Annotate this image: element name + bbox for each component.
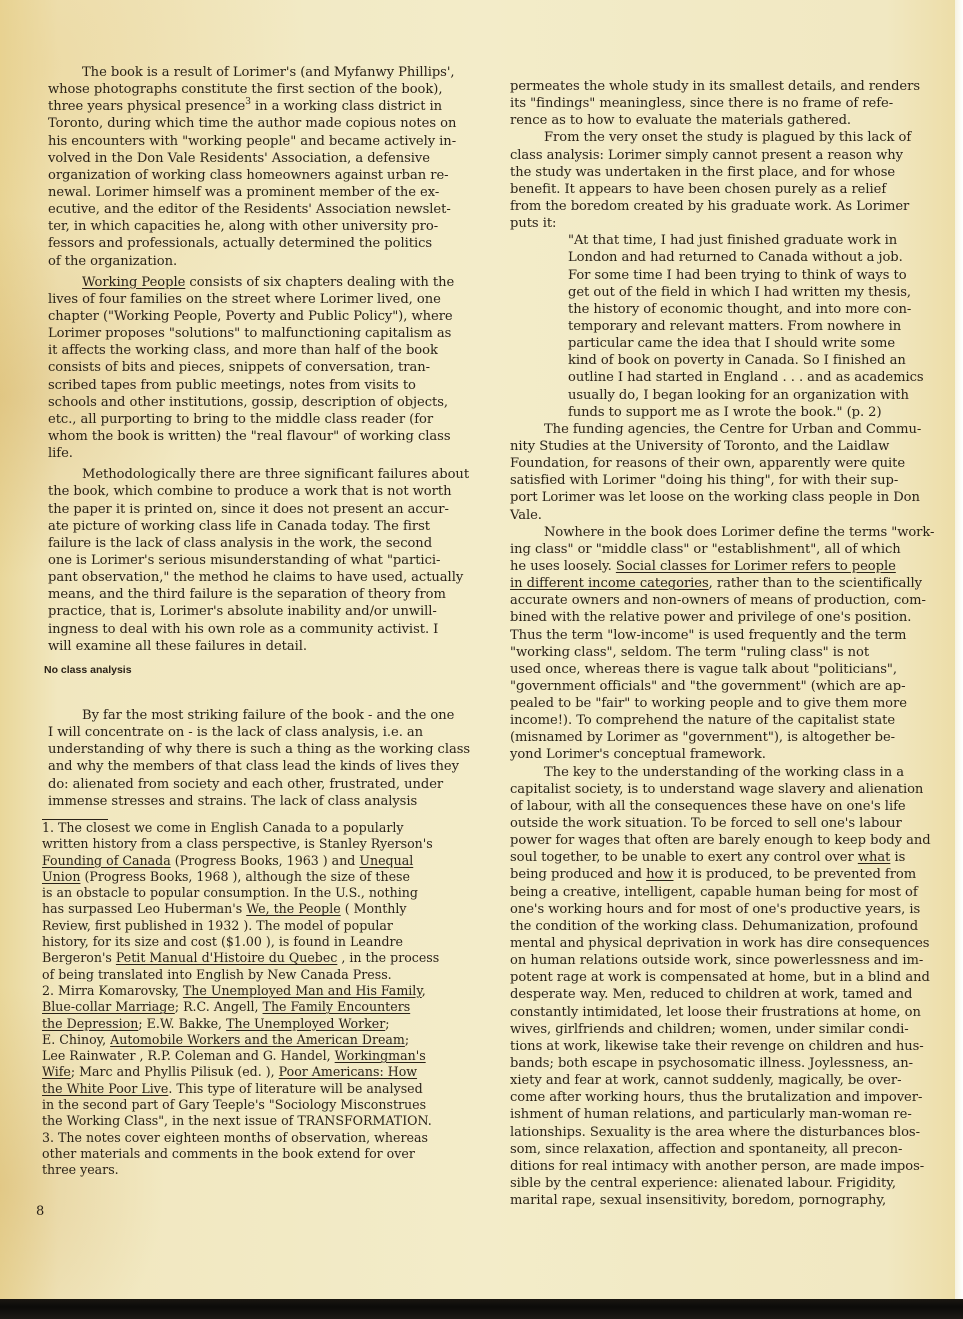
working-people-paragraph: Working People consists of six chapters …	[48, 274, 478, 463]
text-line: potent rage at work is compensated at ho…	[510, 969, 948, 986]
text-line: Nowhere in the book does Lorimer define …	[510, 524, 948, 541]
text-run: From the very onset the study is plagued…	[544, 130, 911, 145]
text-run: power for wages that often are barely en…	[510, 833, 931, 848]
text-line: other materials and comments in the book…	[42, 1146, 482, 1162]
text-line: 1. The closest we come in English Canada…	[42, 820, 482, 836]
text-run: kind of book on poverty in Canada. So I …	[568, 353, 906, 368]
text-line: rence as to how to evaluate the material…	[510, 112, 948, 129]
right-column-lines: permeates the whole study in its smalles…	[510, 78, 948, 1209]
text-line: desperate way. Men, reduced to children …	[510, 986, 948, 1003]
text-run: on human relations outside work, since p…	[510, 953, 923, 968]
text-line: outside the work situation. To be forced…	[510, 815, 948, 832]
text-line: satisfied with Lorimer "doing his thing"…	[510, 472, 948, 489]
text-line: usually do, I began looking for an organ…	[510, 387, 948, 404]
text-run: etc., all purporting to bring to the mid…	[48, 412, 433, 427]
text-line: particular came the idea that I should w…	[510, 335, 948, 352]
underlined-title: Founding of Canada	[42, 853, 171, 868]
text-run: . This type of literature will be analys…	[168, 1081, 422, 1096]
text-run: Nowhere in the book does Lorimer define …	[544, 525, 934, 540]
text-line: being produced and how it is produced, t…	[510, 866, 948, 883]
text-run: 1. The closest we come in English Canada…	[42, 820, 404, 835]
text-line: its "findings" meaningless, since there …	[510, 95, 948, 112]
text-run: (Progress Books, 1963 ) and	[171, 853, 360, 868]
underlined-title: in different income categories	[510, 576, 709, 591]
text-run: bined with the relative power and privil…	[510, 610, 911, 625]
underlined-title: Unequal	[359, 853, 413, 868]
underlined-title: Blue-collar Marriage	[42, 999, 175, 1014]
text-run: the condition of the working class. Dehu…	[510, 919, 918, 934]
page-edge	[955, 0, 963, 1300]
text-run: life.	[48, 446, 73, 461]
text-line: has surpassed Leo Huberman's We, the Peo…	[42, 901, 482, 917]
text-run: soul together, to be unable to exert any…	[510, 850, 858, 865]
text-run: ishment of human relations, and particul…	[510, 1107, 912, 1122]
text-line: organization of working class homeowners…	[48, 167, 478, 184]
text-line: consists of bits and pieces, snippets of…	[48, 359, 478, 376]
text-run: potent rage at work is compensated at ho…	[510, 970, 930, 985]
text-run: consists of bits and pieces, snippets of…	[48, 360, 430, 375]
text-line: outline I had started in England . . . a…	[510, 369, 948, 386]
underlined-title: Petit Manual d'Histoire du Quebec	[116, 950, 337, 965]
text-line: By far the most striking failure of the …	[48, 707, 478, 724]
text-line: Foundation, for reasons of their own, ap…	[510, 455, 948, 472]
text-run: the Working Class", in the next issue of…	[42, 1113, 432, 1128]
text-run: (Progress Books, 1968 ), although the si…	[80, 869, 410, 884]
text-run: nity Studies at the University of Toront…	[510, 439, 889, 454]
text-line: Wife; Marc and Phyllis Pilisuk (ed. ), P…	[42, 1064, 482, 1080]
text-line: fessors and professionals, actually dete…	[48, 235, 478, 252]
text-line: ecutive, and the editor of the Residents…	[48, 201, 478, 218]
text-line: I will concentrate on - is the lack of c…	[48, 724, 478, 741]
text-line: on human relations outside work, since p…	[510, 952, 948, 969]
text-run: it is produced, to be prevented from	[673, 867, 916, 882]
text-line: one's working hours and for most of one'…	[510, 901, 948, 918]
text-run: in the second part of Gary Teeple's "Soc…	[42, 1097, 426, 1112]
text-line: nity Studies at the University of Toront…	[510, 438, 948, 455]
underlined-title: Social classes for Lorimer refers to peo…	[616, 559, 896, 574]
text-run: the study was undertaken in the first pl…	[510, 165, 895, 180]
text-run: benefit. It appears to have been chosen …	[510, 182, 886, 197]
text-run: bands; both escape in psychosomatic illn…	[510, 1056, 913, 1071]
underlined-title: Union	[42, 869, 80, 884]
text-line: pealed to be "fair" to working people an…	[510, 695, 948, 712]
underlined-title: Workingman's	[335, 1048, 426, 1063]
text-run: has surpassed Leo Huberman's	[42, 901, 246, 916]
text-run: wives, girlfriends and children; women, …	[510, 1022, 909, 1037]
underlined-title: the Depression	[42, 1016, 138, 1031]
underlined-title: The Unemployed Man and His Family	[183, 983, 422, 998]
text-line: whom the book is written) the "real flav…	[48, 428, 478, 445]
text-run: mental and physical deprivation in work …	[510, 936, 929, 951]
text-line: ishment of human relations, and particul…	[510, 1106, 948, 1123]
underlined-title: The Unemployed Worker	[226, 1016, 385, 1031]
text-run: of labour, with all the consequences the…	[510, 799, 906, 814]
text-line: means, and the third failure is the sepa…	[48, 586, 478, 603]
text-run: satisfied with Lorimer "doing his thing"…	[510, 473, 898, 488]
text-line: bands; both escape in psychosomatic illn…	[510, 1055, 948, 1072]
text-run: ; E.W. Bakke,	[138, 1016, 226, 1031]
text-line: the history of economic thought, and int…	[510, 301, 948, 318]
text-line: yond Lorimer's conceptual framework.	[510, 746, 948, 763]
text-run: 3. The notes cover eighteen months of ob…	[42, 1130, 428, 1145]
text-run: pant observation," the method he claims …	[48, 570, 463, 585]
text-run: Lorimer proposes "solutions" to malfunct…	[48, 326, 451, 341]
text-run: By far the most striking failure of the …	[82, 708, 454, 723]
text-line: Methodologically there are three signifi…	[48, 466, 478, 483]
text-run: written history from a class perspective…	[42, 836, 433, 851]
text-run: xiety and fear at work, cannot suddenly,…	[510, 1073, 901, 1088]
underlined-title: Working People	[82, 275, 185, 290]
text-line: volved in the Don Vale Residents' Associ…	[48, 150, 478, 167]
text-line: written history from a class perspective…	[42, 836, 482, 852]
text-run: will examine all these failures in detai…	[48, 639, 307, 654]
text-run: ter, in which capacities he, along with …	[48, 219, 438, 234]
text-line: Vale.	[510, 507, 948, 524]
text-run: in a working class district in	[251, 99, 442, 114]
text-line: Blue-collar Marriage; R.C. Angell, The F…	[42, 999, 482, 1015]
text-line: ing class" or "middle class" or "establi…	[510, 541, 948, 558]
right-column: permeates the whole study in its smalles…	[510, 78, 948, 1209]
text-run: accurate owners and non-owners of means …	[510, 593, 926, 608]
text-line: in different income categories, rather t…	[510, 575, 948, 592]
footnote-lines: 1. The closest we come in English Canada…	[42, 820, 482, 1179]
text-run: outline I had started in England . . . a…	[568, 370, 924, 385]
text-run: port Lorimer was let loose on the workin…	[510, 490, 920, 505]
text-run: income!). To comprehend the nature of th…	[510, 713, 895, 728]
underlined-title: Wife	[42, 1064, 71, 1079]
text-run: yond Lorimer's conceptual framework.	[510, 747, 766, 762]
text-line: kind of book on poverty in Canada. So I …	[510, 352, 948, 369]
text-line: the study was undertaken in the first pl…	[510, 164, 948, 181]
text-run: consists of six chapters dealing with th…	[185, 275, 454, 290]
underlined-title: how	[646, 867, 673, 882]
text-line: Bergeron's Petit Manual d'Histoire du Qu…	[42, 950, 482, 966]
text-line: history, for its size and cost ($1.00 ),…	[42, 934, 482, 950]
text-run: of the organization.	[48, 254, 177, 269]
text-line: 3. The notes cover eighteen months of ob…	[42, 1130, 482, 1146]
text-run: funds to support me as I wrote the book.…	[568, 405, 882, 420]
text-run: scribed tapes from public meetings, note…	[48, 378, 416, 393]
text-line: from the boredom created by his graduate…	[510, 198, 948, 215]
text-run: ingness to deal with his own role as a c…	[48, 622, 438, 637]
text-run: particular came the idea that I should w…	[568, 336, 895, 351]
text-line: port Lorimer was let loose on the workin…	[510, 489, 948, 506]
text-run: Foundation, for reasons of their own, ap…	[510, 456, 905, 471]
text-line: For some time I had been trying to think…	[510, 267, 948, 284]
text-run: "working class", seldom. The term "rulin…	[510, 645, 869, 660]
text-line: sible by the central experience: alienat…	[510, 1175, 948, 1192]
text-run: sible by the central experience: alienat…	[510, 1176, 896, 1191]
text-line: temporary and relevant matters. From now…	[510, 318, 948, 335]
text-line: understanding of why there is such a thi…	[48, 741, 478, 758]
text-run: volved in the Don Vale Residents' Associ…	[48, 151, 430, 166]
text-run: "government officials" and "the governme…	[510, 679, 905, 694]
text-run: the history of economic thought, and int…	[568, 302, 911, 317]
text-line: scribed tapes from public meetings, note…	[48, 377, 478, 394]
text-line: he uses loosely. Social classes for Lori…	[510, 558, 948, 575]
text-line: "working class", seldom. The term "rulin…	[510, 644, 948, 661]
text-run: his encounters with "working people" and…	[48, 134, 456, 149]
text-run: ,	[422, 983, 426, 998]
underlined-title: Automobile Workers and the American Drea…	[110, 1032, 405, 1047]
text-line: soul together, to be unable to exert any…	[510, 849, 948, 866]
text-line: 2. Mirra Komarovsky, The Unemployed Man …	[42, 983, 482, 999]
text-run: the book, which combine to produce a wor…	[48, 484, 451, 499]
text-run: capitalist society, is to understand wag…	[510, 782, 923, 797]
text-line: income!). To comprehend the nature of th…	[510, 712, 948, 729]
text-line: pant observation," the method he claims …	[48, 569, 478, 586]
text-line: life.	[48, 445, 478, 462]
text-line: accurate owners and non-owners of means …	[510, 592, 948, 609]
text-line: "At that time, I had just finished gradu…	[510, 232, 948, 249]
text-run: London and had returned to Canada withou…	[568, 250, 903, 265]
underlined-title: the White Poor Live	[42, 1081, 168, 1096]
text-run: ing class" or "middle class" or "establi…	[510, 542, 901, 557]
text-run: fessors and professionals, actually dete…	[48, 236, 432, 251]
text-run: permeates the whole study in its smalles…	[510, 79, 920, 94]
text-run: means, and the third failure is the sepa…	[48, 587, 446, 602]
text-line: tions at work, likewise take their reven…	[510, 1038, 948, 1055]
text-run: marital rape, sexual insensitivity, bore…	[510, 1193, 886, 1208]
text-line: do: alienated from society and each othe…	[48, 776, 478, 793]
text-run: Toronto, during which time the author ma…	[48, 116, 456, 131]
text-line: come after working hours, thus the bruta…	[510, 1089, 948, 1106]
text-line: bined with the relative power and privil…	[510, 609, 948, 626]
text-run: ditions for real intimacy with another p…	[510, 1159, 924, 1174]
text-line: benefit. It appears to have been chosen …	[510, 181, 948, 198]
text-run: do: alienated from society and each othe…	[48, 777, 443, 792]
text-line: ate picture of working class life in Can…	[48, 518, 478, 535]
text-run: puts it:	[510, 216, 556, 231]
text-line: lives of four families on the street whe…	[48, 291, 478, 308]
text-run: and why the members of that class lead t…	[48, 759, 459, 774]
text-line: xiety and fear at work, cannot suddenly,…	[510, 1072, 948, 1089]
text-run: tions at work, likewise take their reven…	[510, 1039, 924, 1054]
text-line: immense stresses and strains. The lack o…	[48, 793, 478, 810]
text-run: ( Monthly	[341, 901, 407, 916]
text-line: in the second part of Gary Teeple's "Soc…	[42, 1097, 482, 1113]
text-run: Vale.	[510, 508, 542, 523]
text-run: usually do, I began looking for an organ…	[568, 388, 909, 403]
text-run: ; Marc and Phyllis Pilisuk (ed. ),	[71, 1064, 279, 1079]
underlined-title: Poor Americans: How	[279, 1064, 417, 1079]
text-run: is	[890, 850, 905, 865]
text-line: of labour, with all the consequences the…	[510, 798, 948, 815]
underlined-title: The Family Encounters	[263, 999, 411, 1014]
text-run: 2. Mirra Komarovsky,	[42, 983, 183, 998]
text-run: Review, first published in 1932 ). The m…	[42, 918, 393, 933]
text-run: pealed to be "fair" to working people an…	[510, 696, 907, 711]
text-line: get out of the field in which I had writ…	[510, 284, 948, 301]
text-run: get out of the field in which I had writ…	[568, 285, 911, 300]
underlined-title: We, the People	[246, 901, 341, 916]
text-run: failure is the lack of class analysis in…	[48, 536, 432, 551]
text-run: one's working hours and for most of one'…	[510, 902, 920, 917]
text-run: , in the process	[337, 950, 439, 965]
text-run: it affects the working class, and more t…	[48, 343, 438, 358]
text-run: E. Chinoy,	[42, 1032, 110, 1047]
text-run: constantly intimidated, let loose their …	[510, 1005, 921, 1020]
text-line: The funding agencies, the Centre for Urb…	[510, 421, 948, 438]
text-line: power for wages that often are barely en…	[510, 832, 948, 849]
text-run: whose photographs constitute the first s…	[48, 82, 442, 97]
text-run: its "findings" meaningless, since there …	[510, 96, 893, 111]
text-line: of being translated into English by New …	[42, 967, 482, 983]
text-line: puts it:	[510, 215, 948, 232]
text-run: the paper it is printed on, since it doe…	[48, 502, 449, 517]
text-line: Toronto, during which time the author ma…	[48, 115, 478, 132]
text-line: Working People consists of six chapters …	[48, 274, 478, 291]
text-line: newal. Lorimer himself was a prominent m…	[48, 184, 478, 201]
text-line: the paper it is printed on, since it doe…	[48, 501, 478, 518]
text-line: Thus the term "low-income" is used frequ…	[510, 627, 948, 644]
text-line: his encounters with "working people" and…	[48, 133, 478, 150]
text-line: three years physical presence3 in a work…	[48, 98, 478, 115]
text-line: will examine all these failures in detai…	[48, 638, 478, 655]
text-run: Methodologically there are three signifi…	[82, 467, 469, 482]
text-run: outside the work situation. To be forced…	[510, 816, 902, 831]
text-line: lationships. Sexuality is the area where…	[510, 1124, 948, 1141]
text-line: The book is a result of Lorimer's (and M…	[48, 64, 478, 81]
text-run: , rather than to the scientifically	[709, 576, 922, 591]
text-run: come after working hours, thus the bruta…	[510, 1090, 922, 1105]
text-line: London and had returned to Canada withou…	[510, 249, 948, 266]
text-run: used once, whereas there is vague talk a…	[510, 662, 897, 677]
text-run: history, for its size and cost ($1.00 ),…	[42, 934, 403, 949]
text-line: The key to the understanding of the work…	[510, 764, 948, 781]
text-line: and why the members of that class lead t…	[48, 758, 478, 775]
text-run: understanding of why there is such a thi…	[48, 742, 470, 757]
text-run: of being translated into English by New …	[42, 967, 392, 982]
text-run: lationships. Sexuality is the area where…	[510, 1125, 920, 1140]
text-line: ditions for real intimacy with another p…	[510, 1158, 948, 1175]
text-run: being a creative, intelligent, capable h…	[510, 885, 918, 900]
text-run: three years physical presence	[48, 99, 245, 114]
text-run: The funding agencies, the Centre for Urb…	[544, 422, 921, 437]
text-run: The key to the understanding of the work…	[544, 765, 904, 780]
text-run: Lee Rainwater , R.P. Coleman and G. Hand…	[42, 1048, 335, 1063]
text-run: ate picture of working class life in Can…	[48, 519, 430, 534]
text-line: ingness to deal with his own role as a c…	[48, 621, 478, 638]
text-run: being produced and	[510, 867, 646, 882]
text-run: organization of working class homeowners…	[48, 168, 449, 183]
text-run: The book is a result of Lorimer's (and M…	[82, 65, 455, 80]
text-run: lives of four families on the street whe…	[48, 292, 441, 307]
text-line: Review, first published in 1932 ). The m…	[42, 918, 482, 934]
text-line: three years.	[42, 1162, 482, 1178]
section-heading: No class analysis	[44, 664, 132, 676]
text-line: funds to support me as I wrote the book.…	[510, 404, 948, 421]
text-run: Bergeron's	[42, 950, 116, 965]
text-run: temporary and relevant matters. From now…	[568, 319, 901, 334]
text-line: class analysis: Lorimer simply cannot pr…	[510, 147, 948, 164]
text-run: desperate way. Men, reduced to children …	[510, 987, 912, 1002]
text-line: is an obstacle to popular consumption. I…	[42, 885, 482, 901]
text-run: class analysis: Lorimer simply cannot pr…	[510, 148, 903, 163]
text-run: Thus the term "low-income" is used frequ…	[510, 628, 906, 643]
text-run: ; R.C. Angell,	[175, 999, 263, 1014]
text-line: the book, which combine to produce a wor…	[48, 483, 478, 500]
text-line: the condition of the working class. Dehu…	[510, 918, 948, 935]
text-run: rence as to how to evaluate the material…	[510, 113, 851, 128]
text-run: he uses loosely.	[510, 559, 616, 574]
text-line: chapter ("Working People, Poverty and Pu…	[48, 308, 478, 325]
text-line: E. Chinoy, Automobile Workers and the Am…	[42, 1032, 482, 1048]
text-line: Lorimer proposes "solutions" to malfunct…	[48, 325, 478, 342]
text-line: schools and other institutions, gossip, …	[48, 394, 478, 411]
text-line: the Working Class", in the next issue of…	[42, 1113, 482, 1129]
text-run: schools and other institutions, gossip, …	[48, 395, 448, 410]
text-run: from the boredom created by his graduate…	[510, 199, 909, 214]
text-run: For some time I had been trying to think…	[568, 268, 907, 283]
text-run: is an obstacle to popular consumption. I…	[42, 885, 418, 900]
text-line: being a creative, intelligent, capable h…	[510, 884, 948, 901]
text-run: ;	[385, 1016, 389, 1031]
text-run: som, since relaxation, affection and spo…	[510, 1142, 902, 1157]
text-line: of the organization.	[48, 253, 478, 270]
text-line: mental and physical deprivation in work …	[510, 935, 948, 952]
text-line: whose photographs constitute the first s…	[48, 81, 478, 98]
class-analysis-lines: By far the most striking failure of the …	[48, 707, 478, 810]
text-line: "government officials" and "the governme…	[510, 678, 948, 695]
methodology-paragraph: Methodologically there are three signifi…	[48, 466, 478, 655]
text-line: marital rape, sexual insensitivity, bore…	[510, 1192, 948, 1209]
text-line: one is Lorimer's serious misunderstandin…	[48, 552, 478, 569]
text-line: the Depression; E.W. Bakke, The Unemploy…	[42, 1016, 482, 1032]
text-line: (misnamed by Lorimer as "government"), i…	[510, 729, 948, 746]
text-line: Founding of Canada (Progress Books, 1963…	[42, 853, 482, 869]
text-run: "At that time, I had just finished gradu…	[568, 233, 897, 248]
text-line: used once, whereas there is vague talk a…	[510, 661, 948, 678]
text-line: constantly intimidated, let loose their …	[510, 1004, 948, 1021]
text-run: practice, that is, Lorimer's absolute in…	[48, 604, 437, 619]
scan-border	[0, 1299, 963, 1319]
text-line: Lee Rainwater , R.P. Coleman and G. Hand…	[42, 1048, 482, 1064]
class-analysis-paragraph: By far the most striking failure of the …	[48, 707, 478, 810]
text-line: practice, that is, Lorimer's absolute in…	[48, 603, 478, 620]
text-line: failure is the lack of class analysis in…	[48, 535, 478, 552]
text-line: som, since relaxation, affection and spo…	[510, 1141, 948, 1158]
text-line: Union (Progress Books, 1968 ), although …	[42, 869, 482, 885]
text-line: capitalist society, is to understand wag…	[510, 781, 948, 798]
text-run: ;	[405, 1032, 409, 1047]
underlined-title: what	[858, 850, 891, 865]
text-line: permeates the whole study in its smalles…	[510, 78, 948, 95]
text-line: wives, girlfriends and children; women, …	[510, 1021, 948, 1038]
text-run: (misnamed by Lorimer as "government"), i…	[510, 730, 895, 745]
text-line: From the very onset the study is plagued…	[510, 129, 948, 146]
page-number: 8	[36, 1204, 44, 1219]
text-run: I will concentrate on - is the lack of c…	[48, 725, 423, 740]
text-run: three years.	[42, 1162, 119, 1177]
footnotes: 1. The closest we come in English Canada…	[42, 820, 482, 1179]
text-run: immense stresses and strains. The lack o…	[48, 794, 417, 809]
text-run: other materials and comments in the book…	[42, 1146, 415, 1161]
text-run: chapter ("Working People, Poverty and Pu…	[48, 309, 453, 324]
text-run: ecutive, and the editor of the Residents…	[48, 202, 451, 217]
text-line: the White Poor Live. This type of litera…	[42, 1081, 482, 1097]
text-line: ter, in which capacities he, along with …	[48, 218, 478, 235]
text-line: etc., all purporting to bring to the mid…	[48, 411, 478, 428]
text-run: whom the book is written) the "real flav…	[48, 429, 451, 444]
text-run: newal. Lorimer himself was a prominent m…	[48, 185, 439, 200]
left-column: The book is a result of Lorimer's (and M…	[48, 64, 478, 655]
intro-paragraph: The book is a result of Lorimer's (and M…	[48, 64, 478, 270]
text-run: one is Lorimer's serious misunderstandin…	[48, 553, 440, 568]
text-line: it affects the working class, and more t…	[48, 342, 478, 359]
